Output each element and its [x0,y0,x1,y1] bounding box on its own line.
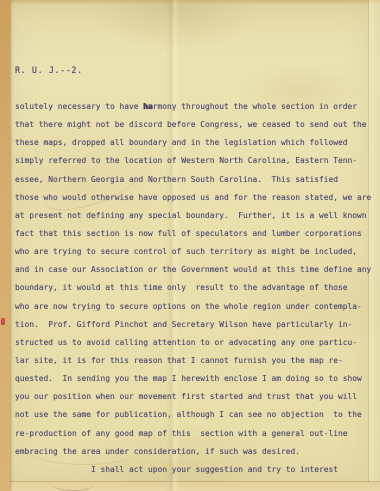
page-top-edge [0,0,380,5]
typed-line: these maps, dropped all boundary and in … [15,134,375,152]
typed-line: simply referred to the location of Weste… [15,152,375,170]
red-ink-mark [1,318,5,325]
typed-line: who are now trying to secure options on … [15,298,375,316]
typed-line: solutely necessary to have harmony throu… [15,98,375,116]
document-page: R. U. J.--2. solutely necessary to have … [0,0,380,491]
typed-line: you our position when our movement first… [15,388,375,406]
typed-line: that there might not be discord before C… [15,116,375,134]
typed-line: structed us to avoid calling attention t… [15,334,375,352]
overstruck-characters: ha [143,98,153,116]
pencil-mark [52,478,94,491]
typed-line: not use the same for publication, althou… [15,406,375,424]
typed-line: tion. Prof. Gifford Pinchot and Secretar… [15,316,375,334]
page-reference-header: R. U. J.--2. [15,65,83,75]
typed-line: at present not defining any special boun… [15,207,375,225]
typed-body: solutely necessary to have harmony throu… [15,98,375,479]
typed-line: re-production of any good map of this se… [15,425,375,443]
typed-line: those who would otherwise have opposed u… [15,189,375,207]
typed-line: boundary, it would at this time only res… [15,279,375,297]
typed-line: lar site, it is for this reason that I c… [15,352,375,370]
typed-line: fact that this section is now full of sp… [15,225,375,243]
typed-line: essee, Northern Georgia and Northern Sou… [15,171,375,189]
typed-line: quested. In sending you the map I herewi… [15,370,375,388]
typed-line: and in case our Association or the Gover… [15,261,375,279]
book-binding-edge [0,0,10,491]
typed-line: embracing the area under consideration, … [15,443,375,461]
typed-line: I shall act upon your suggestion and try… [15,461,375,479]
typed-line: who are trying to secure control of such… [15,243,375,261]
